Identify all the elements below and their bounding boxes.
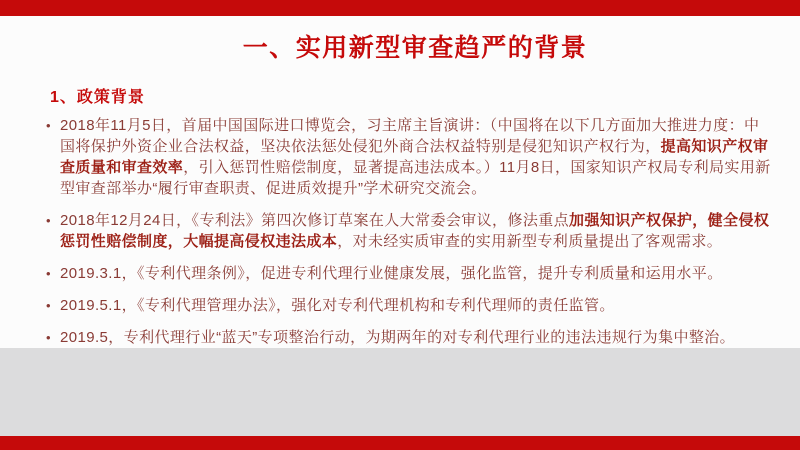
body-text: 2019.3.1，《专利代理条例》，促进专利代理行业健康发展，强化监管，提升专利… [60,265,723,282]
bullet-text-line: 2019.3.1，《专利代理条例》，促进专利代理行业健康发展，强化监管，提升专利… [60,263,772,284]
body-text: 国将保护外资企业合法权益，坚决依法惩处侵犯外商合法权益特别是侵犯知识产权行为， [60,138,661,155]
list-item: •2018年12月24日，《专利法》第四次修订草案在人大常委会审议，修法重点加强… [46,210,772,252]
list-item: •2019.5，专利代理行业“蓝天”专项整治行动，为期两年的对专利代理行业的违法… [46,327,772,348]
bullet-text-line: 2018年12月24日，《专利法》第四次修订草案在人大常委会审议，修法重点加强知… [60,210,772,231]
bullet-text-line: 查质量和审查效率，引入惩罚性赔偿制度，显著提高违法成本。）11月8日，国家知识产… [60,157,772,178]
bullet-text-line: 型审查部举办“履行审查职责、促进质效提升”学术研究交流会。 [60,178,772,199]
bullet-text-line: 2019.5.1，《专利代理管理办法》，强化对专利代理机构和专利代理师的责任监管… [60,295,772,316]
bullet-dot-icon: • [46,295,51,316]
body-text: ，引入惩罚性赔偿制度，显著提高违法成本。）11月8日，国家知识产权局专利局实用新 [183,159,770,176]
bullet-dot-icon: • [46,115,51,136]
list-item: •2019.5.1，《专利代理管理办法》，强化对专利代理机构和专利代理师的责任监… [46,295,772,316]
slide-title: 一、实用新型审查趋严的背景 [0,33,800,63]
bottom-accent-bar [0,436,800,450]
footer-strip [0,348,800,450]
emphasis-text: 加强知识产权保护，健全侵权 [569,212,769,229]
body-text: 2018年11月5日，首届中国国际进口博览会，习主席主旨演讲：（中国将在以下几方… [60,117,759,134]
bullet-dot-icon: • [46,263,51,284]
body-text: 2018年12月24日，《专利法》第四次修订草案在人大常委会审议，修法重点 [60,212,569,229]
bullet-text-line: 2019.5，专利代理行业“蓝天”专项整治行动，为期两年的对专利代理行业的违法违… [60,327,772,348]
bullet-text-line: 2018年11月5日，首届中国国际进口博览会，习主席主旨演讲：（中国将在以下几方… [60,115,772,136]
bullet-list: •2018年11月5日，首届中国国际进口博览会，习主席主旨演讲：（中国将在以下几… [46,115,772,359]
emphasis-text: 惩罚性赔偿制度，大幅提高侵权违法成本 [60,233,337,250]
bullet-dot-icon: • [46,210,51,231]
presentation-slide: 一、实用新型审查趋严的背景 1、政策背景 •2018年11月5日，首届中国国际进… [0,0,800,450]
body-text: 2019.5，专利代理行业“蓝天”专项整治行动，为期两年的对专利代理行业的违法违… [60,329,735,346]
bullet-dot-icon: • [46,327,51,348]
section-heading: 1、政策背景 [50,88,145,108]
top-accent-bar [0,0,800,16]
bullet-text-line: 惩罚性赔偿制度，大幅提高侵权违法成本，对未经实质审查的实用新型专利质量提出了客观… [60,231,772,252]
emphasis-text: 提高知识产权审 [661,138,769,155]
emphasis-text: 查质量和审查效率 [60,159,183,176]
list-item: •2018年11月5日，首届中国国际进口博览会，习主席主旨演讲：（中国将在以下几… [46,115,772,199]
body-text: ，对未经实质审查的实用新型专利质量提出了客观需求。 [337,233,722,250]
body-text: 型审查部举办“履行审查职责、促进质效提升”学术研究交流会。 [60,180,487,197]
body-text: 2019.5.1，《专利代理管理办法》，强化对专利代理机构和专利代理师的责任监管… [60,297,615,314]
bullet-text-line: 国将保护外资企业合法权益，坚决依法惩处侵犯外商合法权益特别是侵犯知识产权行为，提… [60,136,772,157]
list-item: •2019.3.1，《专利代理条例》，促进专利代理行业健康发展，强化监管，提升专… [46,263,772,284]
